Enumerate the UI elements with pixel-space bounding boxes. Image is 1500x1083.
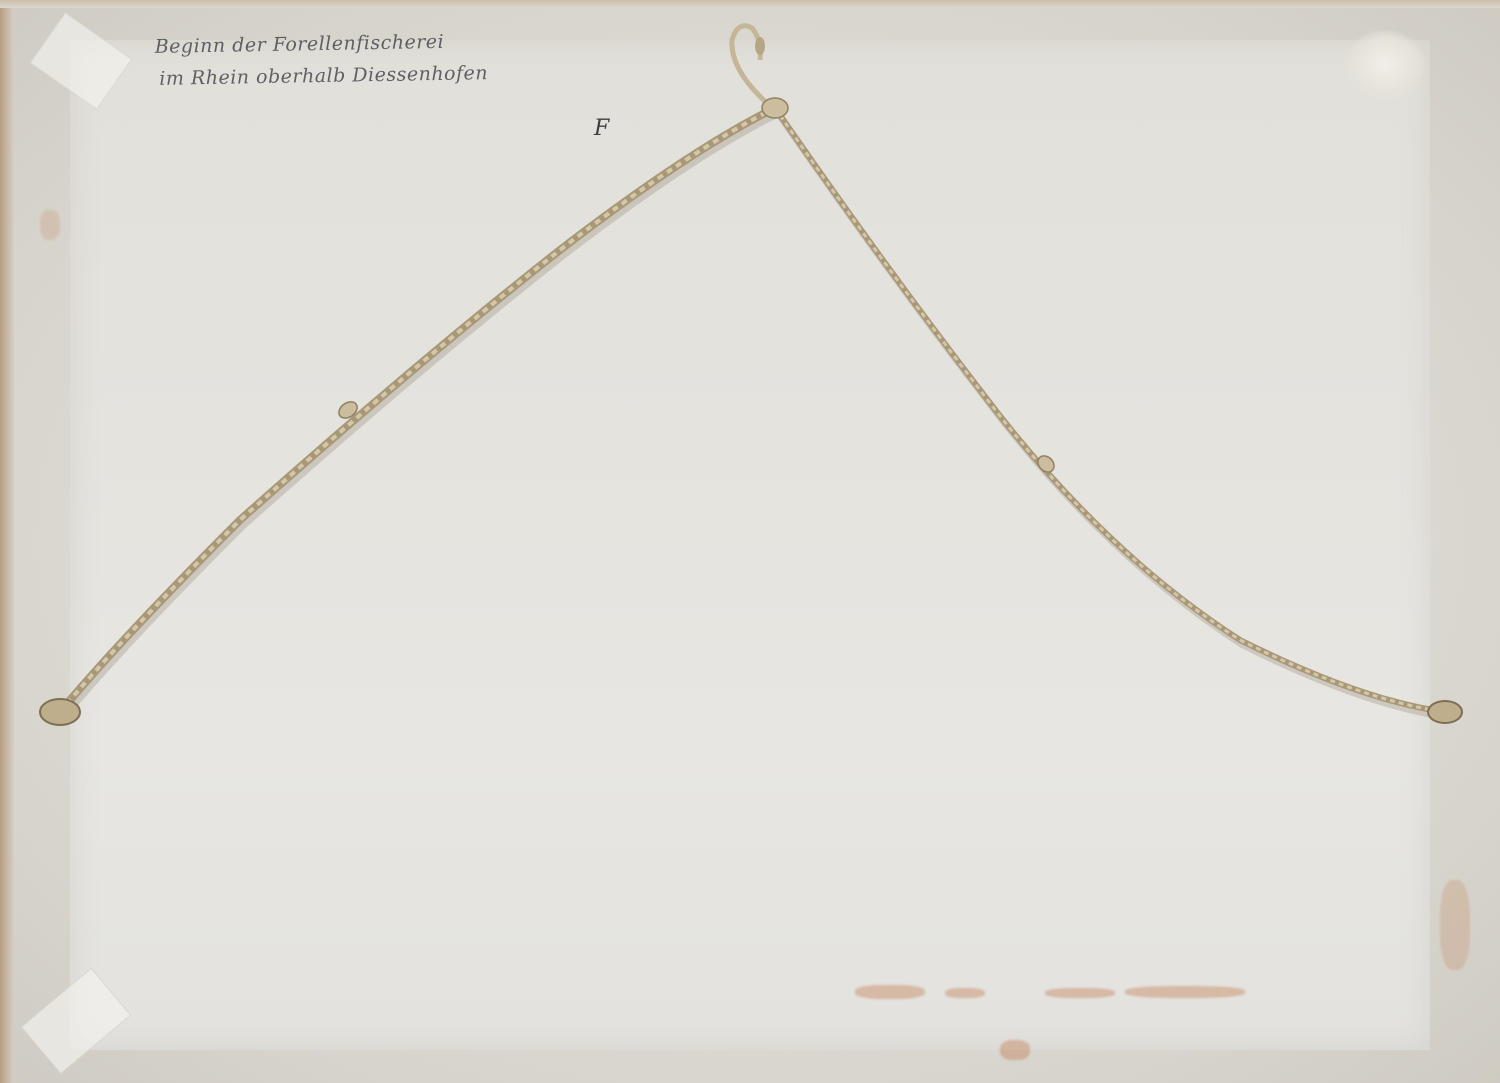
- knot-left-end: [40, 699, 80, 725]
- knot-right-middle: [1035, 453, 1058, 476]
- string-left: [60, 108, 775, 712]
- string-right: [775, 108, 1445, 712]
- hanging-loop: [732, 26, 768, 104]
- photo: Beginn der Forellenfischerei im Rhein ob…: [0, 0, 1500, 1083]
- knot-right-end: [1428, 701, 1462, 723]
- knot-top: [762, 98, 788, 118]
- hanging-string: [0, 0, 1500, 1083]
